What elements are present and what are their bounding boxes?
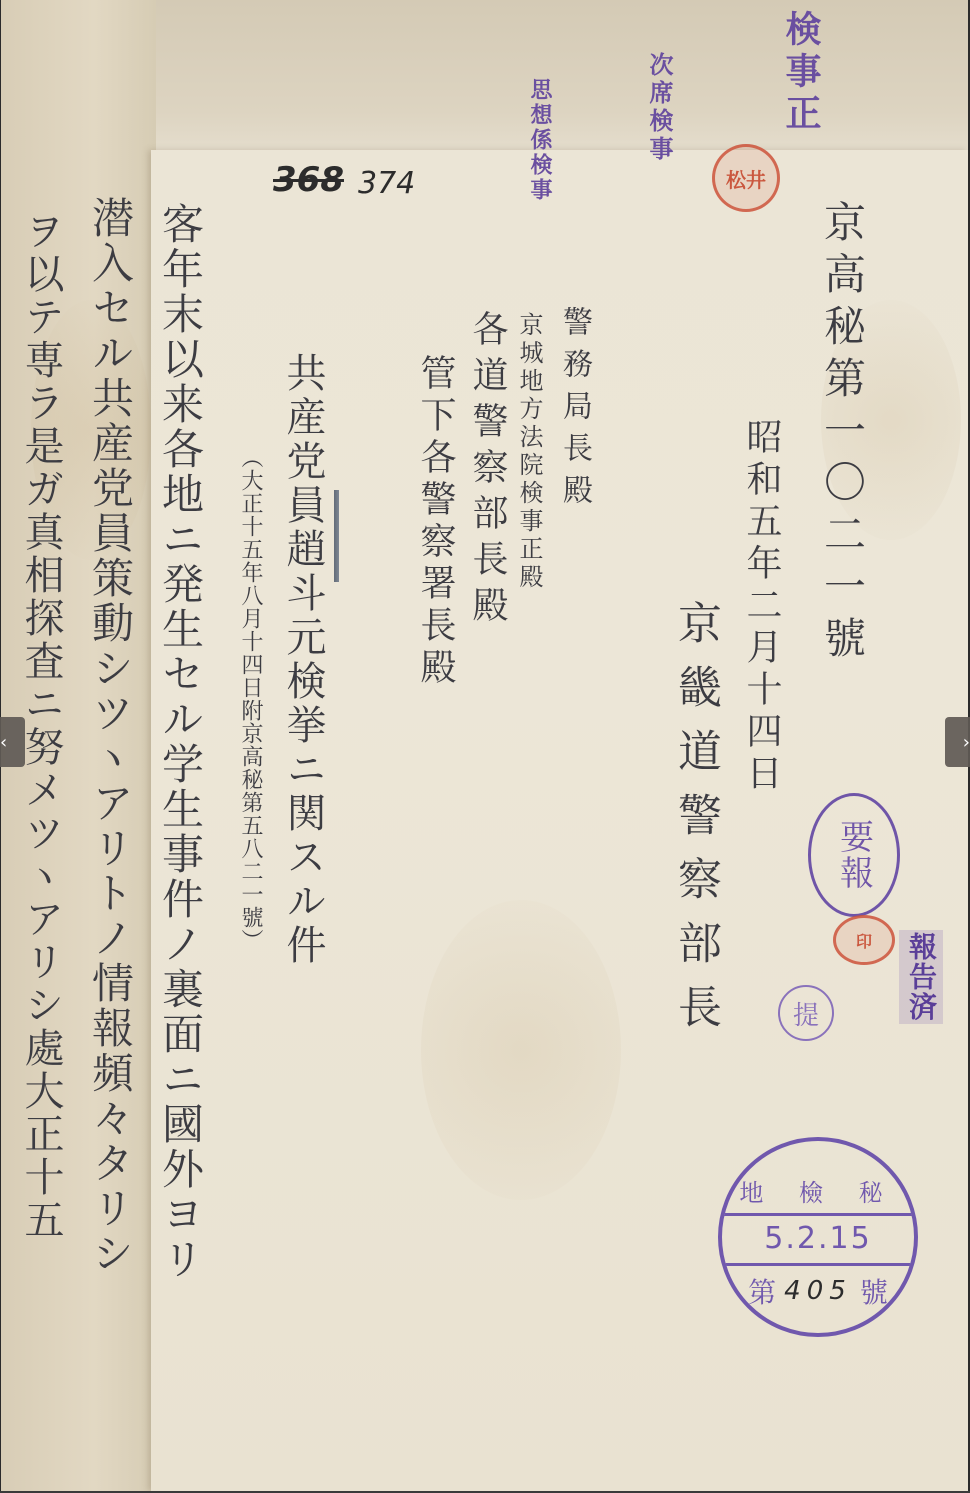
reported-stamp: 報告済 (899, 930, 943, 1024)
receipt-number-prefix: 第 (748, 1271, 776, 1311)
urgent-report-stamp: 要報 (808, 793, 900, 917)
receipt-stamp-number-row: 第 405 號 (722, 1271, 914, 1311)
red-seal: 松井 (712, 144, 780, 212)
red-small-seal-text: 印 (856, 929, 872, 952)
struck-page-number: 368 (273, 160, 344, 200)
body-line-2: 潜入セル共産党員策動シツヽアリトノ情報頻々タリシ (89, 196, 131, 1276)
recipient-police-bureau: 警務局長殿 (559, 306, 589, 516)
document-date: 昭和五年二月十四日 (743, 418, 779, 796)
body-line-1: 客年末以来各地ニ発生セル学生事件ノ裏面ニ國外ヨリ (159, 202, 201, 1282)
body-line-3: ヲ以テ専ラ是ガ真相探査ニ努メツヽアリシ處大正十五 (21, 210, 61, 1242)
document-image-viewer: 検事正 次席検事 思想係検事 松井 368 374 京高秘第一〇二一號 昭和五年… (1, 0, 968, 1491)
chevron-right-icon: › (963, 732, 970, 753)
thought-prosecutor-stamp: 思想係検事 (529, 78, 551, 203)
reference-number: 京高秘第一〇二一號 (821, 200, 863, 668)
recipient-provincial-police: 各道警察部長殿 (469, 310, 505, 632)
page-number: 374 (358, 166, 415, 201)
urgent-report-stamp-text: 要報 (830, 819, 879, 891)
chevron-left-icon: ‹ (0, 732, 7, 753)
receipt-number: 405 (784, 1276, 852, 1306)
sender: 京畿道警察部長 (673, 600, 717, 1048)
subject-title: 共産党員趙斗元検挙ニ関スル件 (283, 352, 323, 968)
receipt-stamp-date: 5.2.15 (722, 1221, 914, 1256)
subject-note: （大正十五年八月十四日附京高秘第五八二一號） (239, 446, 261, 952)
red-seal-text: 松井 (726, 164, 766, 193)
blue-pencil-mark (334, 490, 339, 582)
receipt-stamp-header: 地 檢 秘 (722, 1173, 914, 1208)
receipt-number-suffix: 號 (860, 1271, 888, 1311)
recipient-station-chiefs: 管下各警察署長殿 (417, 354, 453, 690)
receipt-stamp-divider (722, 1213, 914, 1216)
deputy-prosecutor-stamp: 次席検事 (647, 52, 671, 164)
submitted-stamp-text: 提 (793, 995, 819, 1032)
previous-image-button[interactable]: ‹ (0, 717, 25, 767)
recipient-prosecutor: 京城地方法院検事正殿 (517, 312, 541, 592)
paper-stain (421, 900, 621, 1200)
prosecutor-stamp: 検事正 (783, 10, 819, 136)
next-image-button[interactable]: › (945, 717, 970, 767)
receipt-stamp: 地 檢 秘 5.2.15 第 405 號 (718, 1137, 918, 1337)
receipt-stamp-divider (722, 1263, 914, 1266)
submitted-stamp: 提 (778, 985, 834, 1041)
red-small-seal: 印 (833, 915, 895, 965)
